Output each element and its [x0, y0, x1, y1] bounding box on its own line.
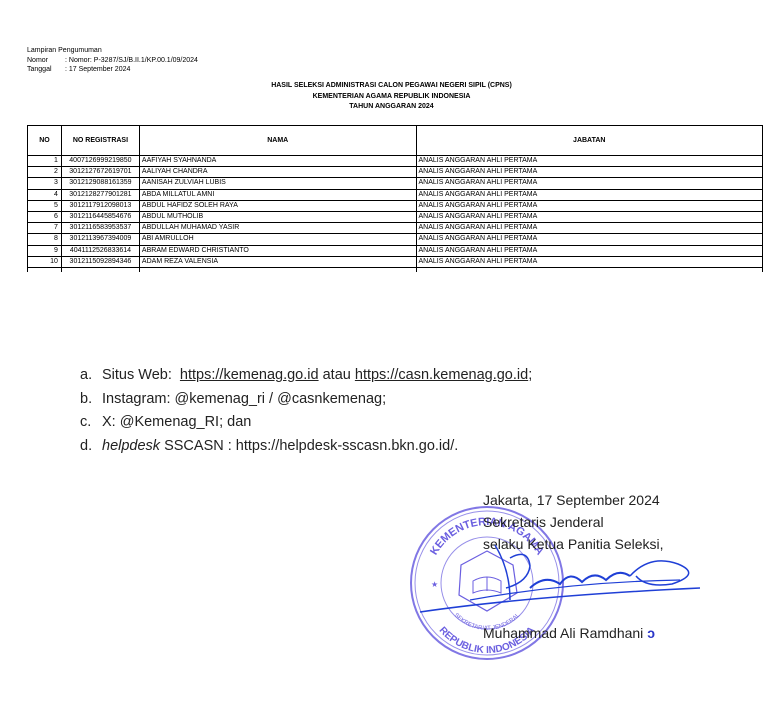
position-name: ANALIS ANGGARAN AHLI PERTAMA — [416, 223, 762, 234]
table-row: 53012117912098013ABDUL HAFIDZ SOLEH RAYA… — [28, 200, 763, 211]
casn-link[interactable]: https://casn.kemenag.go.id — [355, 367, 528, 383]
position-name: ANALIS ANGGARAN AHLI PERTAMA — [416, 167, 762, 178]
list-item: d. helpdesk SSCASN : https://helpdesk-ss… — [80, 435, 532, 459]
atau-text: atau — [323, 367, 351, 383]
column-header-nama: NAMA — [139, 126, 416, 156]
row-number: 3 — [28, 178, 62, 189]
title-line-3: TAHUN ANGGARAN 2024 — [0, 102, 783, 113]
candidate-name: AAFIYAH SYAHNANDA — [139, 156, 416, 167]
document-title: HASIL SELEKSI ADMINISTRASI CALON PEGAWAI… — [0, 81, 783, 113]
table-row: 33012129088161359AANISAH ZULVIAH LUBISAN… — [28, 178, 763, 189]
tanggal-label: Tanggal — [27, 65, 65, 75]
position-name: ANALIS ANGGARAN AHLI PERTAMA — [416, 189, 762, 200]
candidate-name: AALIYAH CHANDRA — [139, 167, 416, 178]
column-header-registrasi: NO REGISTRASI — [61, 126, 139, 156]
position-name: ANALIS ANGGARAN AHLI PERTAMA — [416, 245, 762, 256]
table-row: 63012116445854676ABDUL MUTHOLIBANALIS AN… — [28, 211, 763, 222]
position-name: ANALIS ANGGARAN AHLI PERTAMA — [416, 234, 762, 245]
candidate-name: ABDUL HAFIDZ SOLEH RAYA — [139, 200, 416, 211]
place-date: Jakarta, 17 September 2024 — [483, 489, 664, 511]
nomor-label: Nomor — [27, 56, 65, 66]
tanggal-value: : 17 September 2024 — [65, 65, 130, 75]
table-row: 103012115092894346ADAM REZA VALENSIAANAL… — [28, 256, 763, 267]
nomor-value: : Nomor: P-3287/SJ/B.II.1/KP.00.1/09/202… — [65, 56, 198, 66]
row-number: 5 — [28, 200, 62, 211]
table-row: 94041112526833614ABRAM EDWARD CHRISTIANT… — [28, 245, 763, 256]
registration-number: 4007126999219850 — [61, 156, 139, 167]
candidate-name: ABDUL MUTHOLIB — [139, 211, 416, 222]
table-row: 83012113967394009ABI AMRULLOHANALIS ANGG… — [28, 234, 763, 245]
document-header: Lampiran Pengumuman Nomor : Nomor: P-328… — [27, 46, 198, 75]
table-row: 23012127672619701AALIYAH CHANDRAANALIS A… — [28, 167, 763, 178]
list-marker: b. — [80, 388, 102, 412]
handwritten-signature-icon — [410, 540, 710, 620]
position-name: ANALIS ANGGARAN AHLI PERTAMA — [416, 256, 762, 267]
row-number: 9 — [28, 245, 62, 256]
x-text: X: @Kemenag_RI; dan — [102, 411, 251, 435]
list-marker: a. — [80, 364, 102, 388]
registration-number: 3012113967394009 — [61, 234, 139, 245]
list-marker: d. — [80, 435, 102, 459]
contact-list: a. Situs Web: https://kemenag.go.id atau… — [80, 364, 532, 458]
lampiran-label: Lampiran Pengumuman — [27, 46, 198, 56]
position-title: Sekretaris Jenderal — [483, 511, 664, 533]
empty-cell — [61, 267, 139, 272]
list-marker: c. — [80, 411, 102, 435]
table-row: 73012116583953537ABDULLAH MUHAMAD YASIRA… — [28, 223, 763, 234]
position-name: ANALIS ANGGARAN AHLI PERTAMA — [416, 211, 762, 222]
semicolon: ; — [528, 367, 532, 383]
table-header-row: NO NO REGISTRASI NAMA JABATAN — [28, 126, 763, 156]
row-number: 8 — [28, 234, 62, 245]
row-number: 10 — [28, 256, 62, 267]
table-row: 43012128277901281ABDA MILLATUL AMNIANALI… — [28, 189, 763, 200]
signatory-name: Muhammad Ali Ramdhani ↄ — [483, 622, 655, 644]
empty-cell — [28, 267, 62, 272]
row-number: 7 — [28, 223, 62, 234]
results-table: NO NO REGISTRASI NAMA JABATAN 1400712699… — [27, 125, 763, 272]
registration-number: 3012116583953537 — [61, 223, 139, 234]
registration-number: 3012115092894346 — [61, 256, 139, 267]
list-item: b. Instagram: @kemenag_ri / @casnkemenag… — [80, 388, 532, 412]
empty-cell — [416, 267, 762, 272]
registration-number: 3012117912098013 — [61, 200, 139, 211]
registration-number: 3012127672619701 — [61, 167, 139, 178]
registration-number: 3012128277901281 — [61, 189, 139, 200]
kemenag-link[interactable]: https://kemenag.go.id — [180, 367, 319, 383]
candidate-name: ABRAM EDWARD CHRISTIANTO — [139, 245, 416, 256]
position-name: ANALIS ANGGARAN AHLI PERTAMA — [416, 156, 762, 167]
registration-number: 3012129088161359 — [61, 178, 139, 189]
empty-cell — [139, 267, 416, 272]
candidate-name: ABDULLAH MUHAMAD YASIR — [139, 223, 416, 234]
table-row: 14007126999219850AAFIYAH SYAHNANDAANALIS… — [28, 156, 763, 167]
title-line-2: KEMENTERIAN AGAMA REPUBLIK INDONESIA — [0, 92, 783, 103]
registration-number: 3012116445854676 — [61, 211, 139, 222]
list-item: c. X: @Kemenag_RI; dan — [80, 411, 532, 435]
website-label: Situs Web: — [102, 367, 172, 383]
row-number: 6 — [28, 211, 62, 222]
title-line-1: HASIL SELEKSI ADMINISTRASI CALON PEGAWAI… — [0, 81, 783, 92]
candidate-name: ABDA MILLATUL AMNI — [139, 189, 416, 200]
position-name: ANALIS ANGGARAN AHLI PERTAMA — [416, 200, 762, 211]
candidate-name: ABI AMRULLOH — [139, 234, 416, 245]
column-header-no: NO — [28, 126, 62, 156]
row-number: 2 — [28, 167, 62, 178]
list-item: a. Situs Web: https://kemenag.go.id atau… — [80, 364, 532, 388]
registration-number: 4041112526833614 — [61, 245, 139, 256]
row-number: 4 — [28, 189, 62, 200]
helpdesk-text: SSCASN : https://helpdesk-sscasn.bkn.go.… — [164, 438, 458, 454]
candidate-name: ADAM REZA VALENSIA — [139, 256, 416, 267]
candidate-name: AANISAH ZULVIAH LUBIS — [139, 178, 416, 189]
table-row-cutoff — [28, 267, 763, 272]
position-name: ANALIS ANGGARAN AHLI PERTAMA — [416, 178, 762, 189]
column-header-jabatan: JABATAN — [416, 126, 762, 156]
instagram-text: Instagram: @kemenag_ri / @casnkemenag; — [102, 388, 386, 412]
row-number: 1 — [28, 156, 62, 167]
helpdesk-italic: helpdesk — [102, 438, 160, 454]
